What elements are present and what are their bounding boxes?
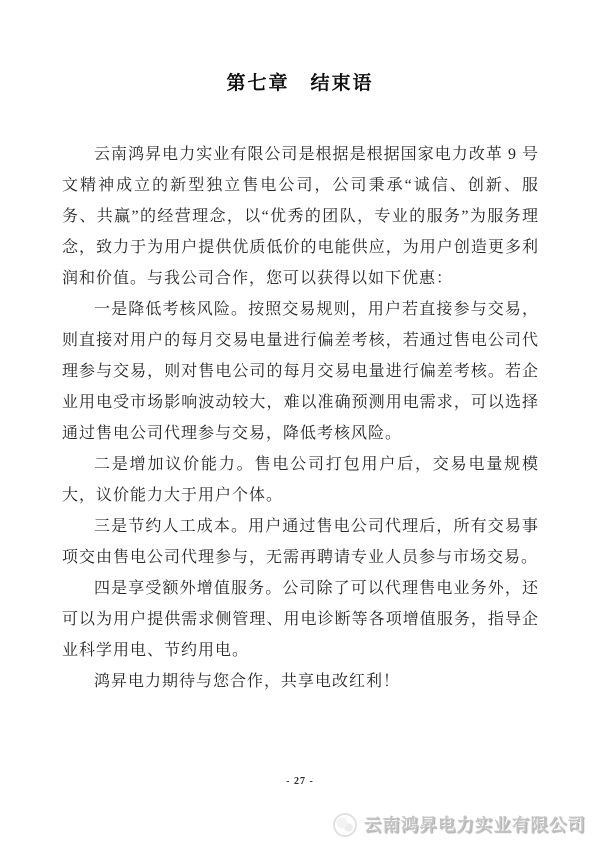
- document-body: 云南鸿昇电力实业有限公司是根据是根据国家电力改革 9 号文精神成立的新型独立售电…: [62, 139, 539, 697]
- circle-logo-icon: [333, 813, 357, 837]
- footer-watermark: 云南鸿昇电力实业有限公司: [333, 812, 586, 837]
- paragraph-benefit-4: 四是享受额外增值服务。公司除了可以代理售电业务外，还可以为用户提供需求侧管理、用…: [62, 573, 539, 666]
- page-number: - 27 -: [0, 776, 600, 787]
- paragraph-benefit-1: 一是降低考核风险。按照交易规则，用户若直接参与交易，则直接对用户的每月交易电量进…: [62, 294, 539, 449]
- chapter-title: 第七章 结束语: [0, 0, 600, 95]
- document-page: 第七章 结束语 云南鸿昇电力实业有限公司是根据是根据国家电力改革 9 号文精神成…: [0, 0, 600, 848]
- paragraph-benefit-3: 三是节约人工成本。用户通过售电公司代理后，所有交易事项交由售电公司代理参与，无需…: [62, 511, 539, 573]
- paragraph-intro: 云南鸿昇电力实业有限公司是根据是根据国家电力改革 9 号文精神成立的新型独立售电…: [62, 139, 539, 294]
- paragraph-benefit-2: 二是增加议价能力。售电公司打包用户后，交易电量规模大，议价能力大于用户个体。: [62, 449, 539, 511]
- company-watermark-text: 云南鸿昇电力实业有限公司: [364, 812, 586, 837]
- paragraph-closing: 鸿昇电力期待与您合作，共享电改红利！: [62, 666, 539, 697]
